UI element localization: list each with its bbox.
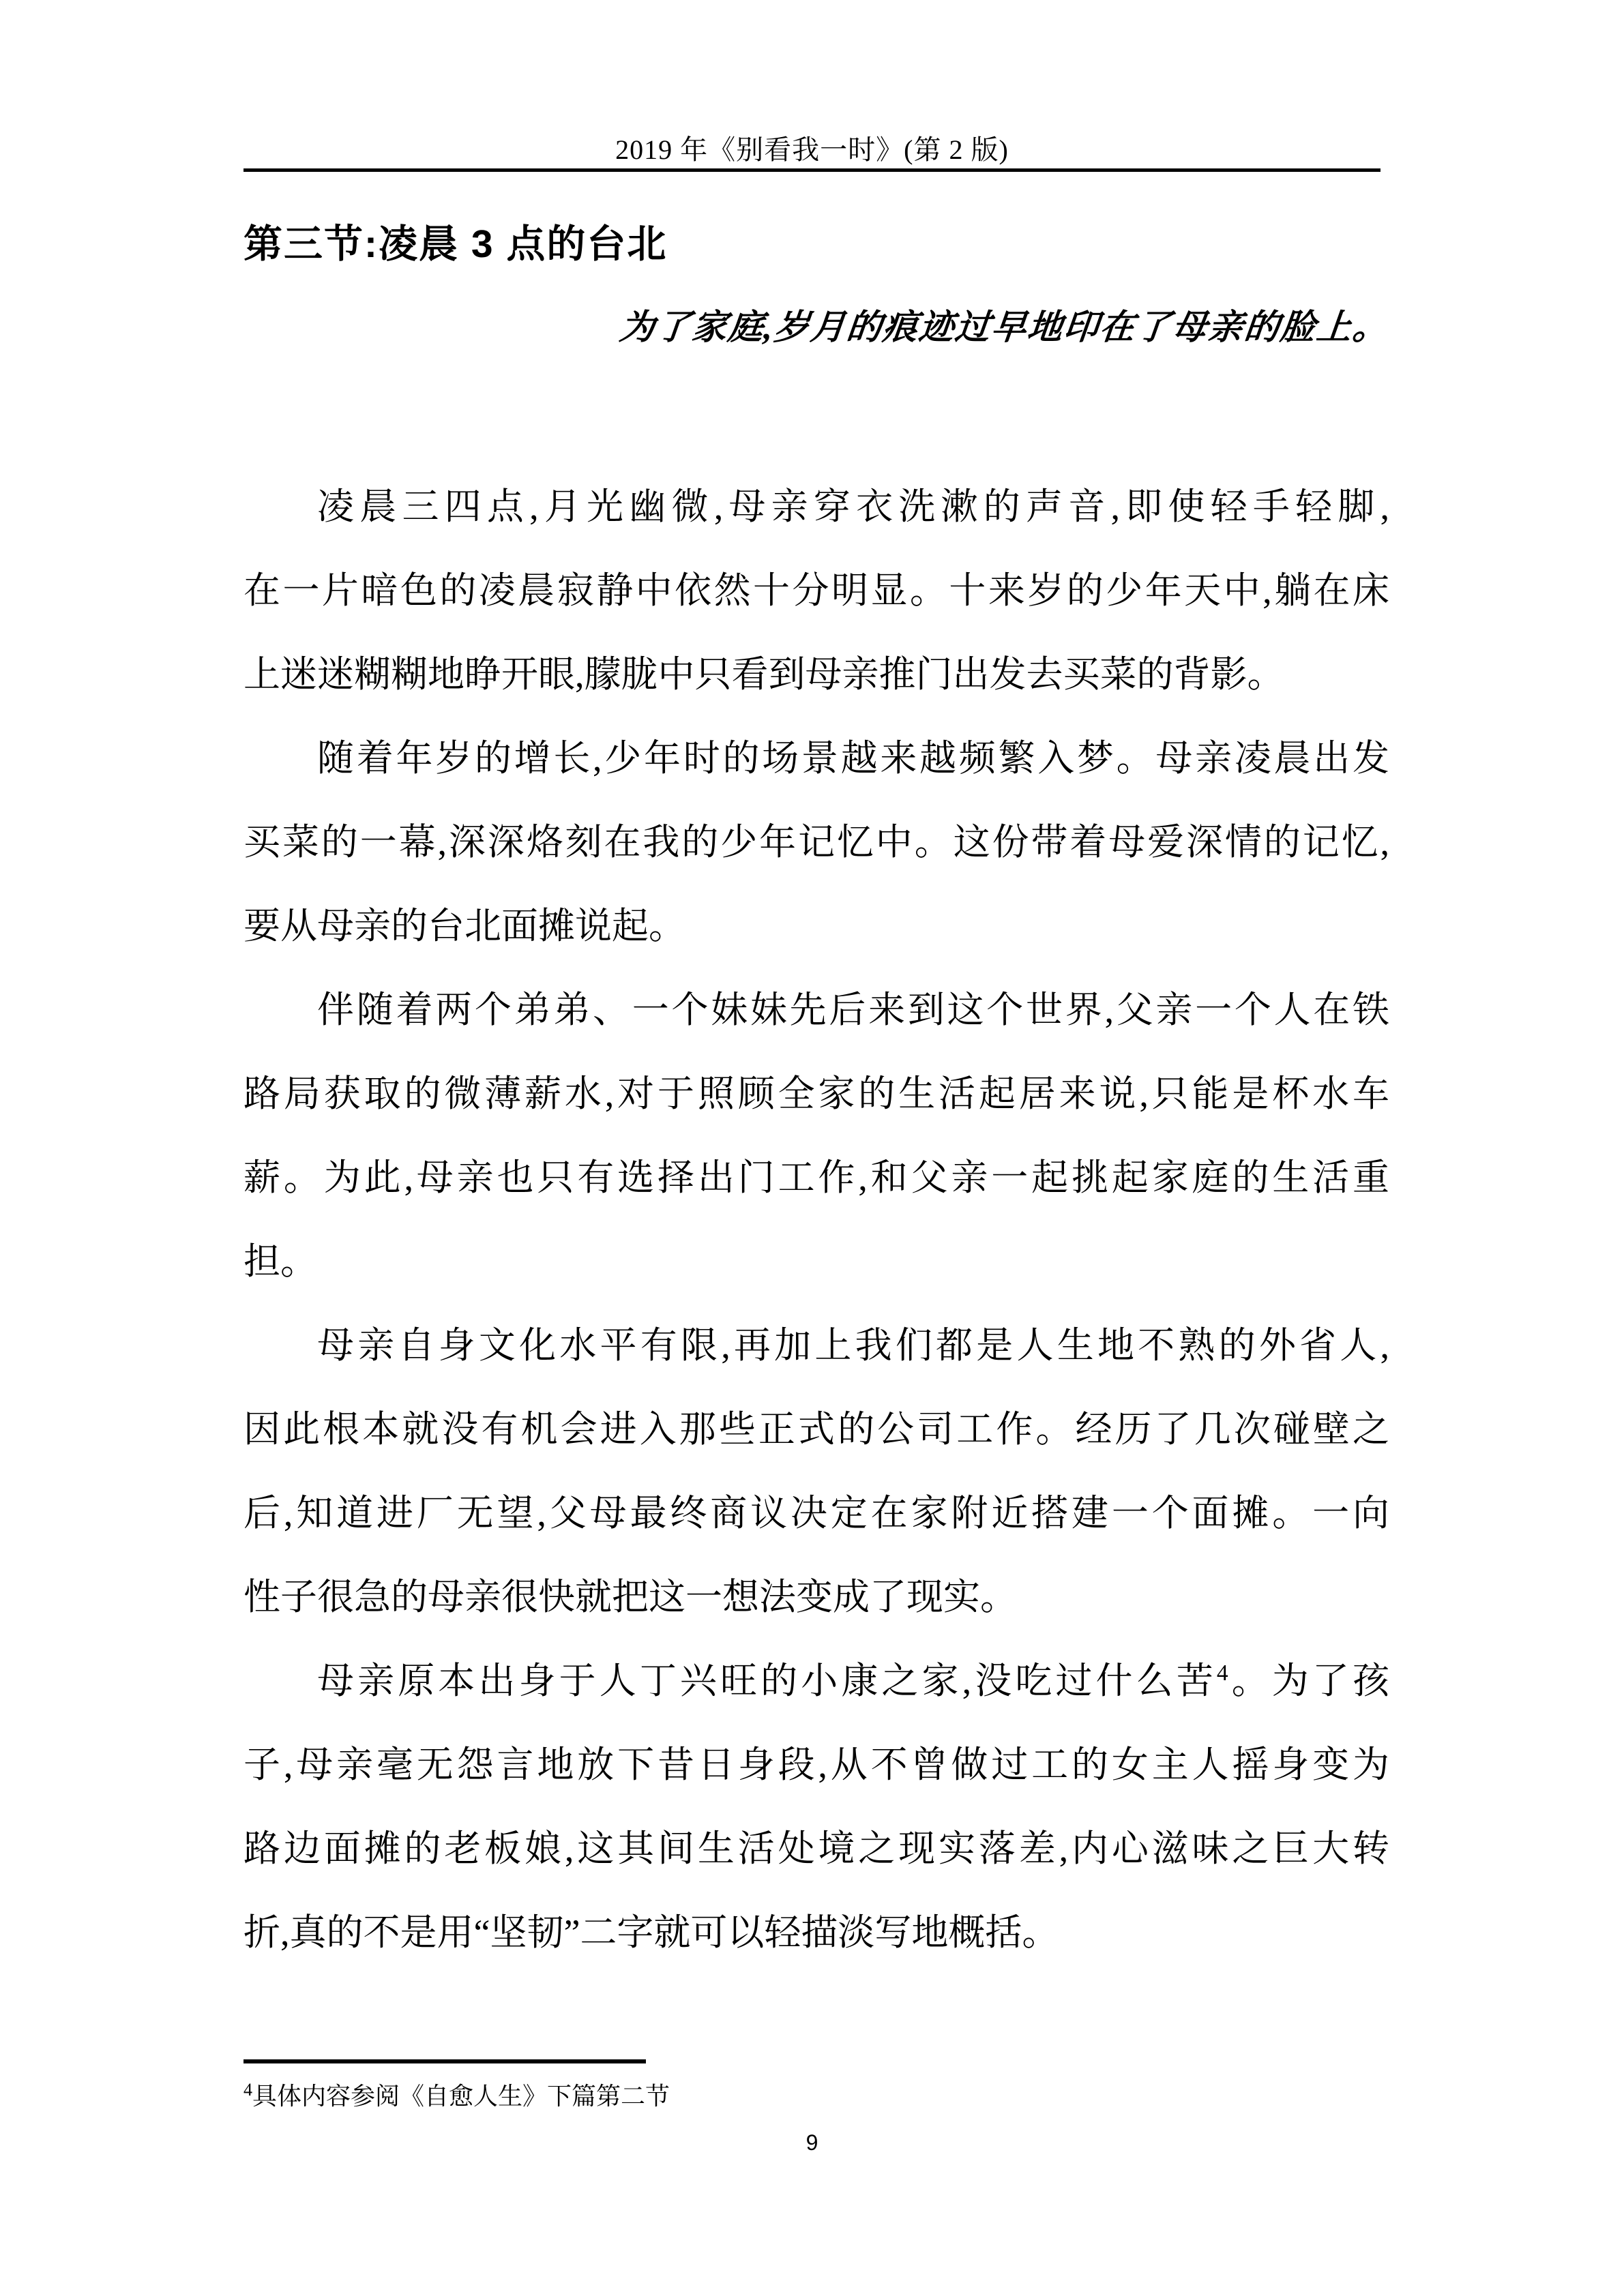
paragraph-line: 担。 [243,1220,1389,1304]
paragraph-line: 在一片暗色的凌晨寂静中依然十分明显。十来岁的少年天中,躺在床 [243,549,1389,633]
paragraph-line: 母亲自身文化水平有限,再加上我们都是人生地不熟的外省人, [243,1304,1389,1388]
body-paragraphs: 凌晨三四点,月光幽微,母亲穿衣洗漱的声音,即使轻手轻脚,在一片暗色的凌晨寂静中依… [243,465,1389,1975]
paragraph-line: 因此根本就没有机会进入那些正式的公司工作。经历了几次碰壁之 [243,1388,1389,1472]
paragraph-line: 子,母亲毫无怨言地放下昔日身段,从不曾做过工的女主人摇身变为 [243,1723,1389,1807]
footnote-rule [243,2059,646,2063]
footnote: 4具体内容参阅《自愈人生》下篇第二节 [243,2078,670,2114]
footnote-marker: 4 [243,2080,252,2100]
footnote-ref-superscript: 4 [1217,1660,1228,1686]
paragraph-line: 后,知道进厂无望,父母最终商议决定在家附近搭建一个面摊。一向 [243,1472,1389,1555]
page-number: 9 [0,2130,1624,2156]
section-title: 第三节:凌晨 3 点的台北 [243,213,667,269]
paragraph-line: 折,真的不是用“坚韧”二字就可以轻描淡写地概括。 [243,1891,1389,1975]
paragraph-line: 上迷迷糊糊地睁开眼,朦胧中只看到母亲推门出发去买菜的背影。 [243,633,1389,717]
paragraph: 伴随着两个弟弟、一个妹妹先后来到这个世界,父亲一个人在铁路局获取的微薄薪水,对于… [243,968,1389,1304]
paragraph-line: 买菜的一幕,深深烙刻在我的少年记忆中。这份带着母爱深情的记忆, [243,801,1389,884]
header-title: 2019 年《别看我一时》(第 2 版) [0,128,1624,167]
paragraph-line: 要从母亲的台北面摊说起。 [243,884,1389,968]
paragraph-line: 伴随着两个弟弟、一个妹妹先后来到这个世界,父亲一个人在铁 [243,968,1389,1052]
paragraph-line: 路边面摊的老板娘,这其间生活处境之现实落差,内心滋味之巨大转 [243,1807,1389,1891]
paragraph-line: 母亲原本出身于人丁兴旺的小康之家,没吃过什么苦4。为了孩 [243,1639,1389,1723]
paragraph: 母亲自身文化水平有限,再加上我们都是人生地不熟的外省人,因此根本就没有机会进入那… [243,1304,1389,1639]
paragraph-line: 凌晨三四点,月光幽微,母亲穿衣洗漱的声音,即使轻手轻脚, [243,465,1389,549]
paragraph: 随着年岁的增长,少年时的场景越来越频繁入梦。母亲凌晨出发买菜的一幕,深深烙刻在我… [243,717,1389,968]
document-page: 2019 年《别看我一时》(第 2 版) 第三节:凌晨 3 点的台北 为了家庭,… [0,0,1624,2296]
header-rule [243,168,1381,172]
paragraph-line: 性子很急的母亲很快就把这一想法变成了现实。 [243,1555,1389,1639]
footnote-text: 具体内容参阅《自愈人生》下篇第二节 [252,2083,670,2110]
paragraph-line: 薪。为此,母亲也只有选择出门工作,和父亲一起挑起家庭的生活重 [243,1136,1389,1220]
epigraph-quote: 为了家庭,岁月的痕迹过早地印在了母亲的脸上。 [241,299,1392,349]
paragraph: 母亲原本出身于人丁兴旺的小康之家,没吃过什么苦4。为了孩子,母亲毫无怨言地放下昔… [243,1639,1389,1975]
paragraph-line: 随着年岁的增长,少年时的场景越来越频繁入梦。母亲凌晨出发 [243,717,1389,801]
paragraph: 凌晨三四点,月光幽微,母亲穿衣洗漱的声音,即使轻手轻脚,在一片暗色的凌晨寂静中依… [243,465,1389,717]
paragraph-line: 路局获取的微薄薪水,对于照顾全家的生活起居来说,只能是杯水车 [243,1052,1389,1136]
